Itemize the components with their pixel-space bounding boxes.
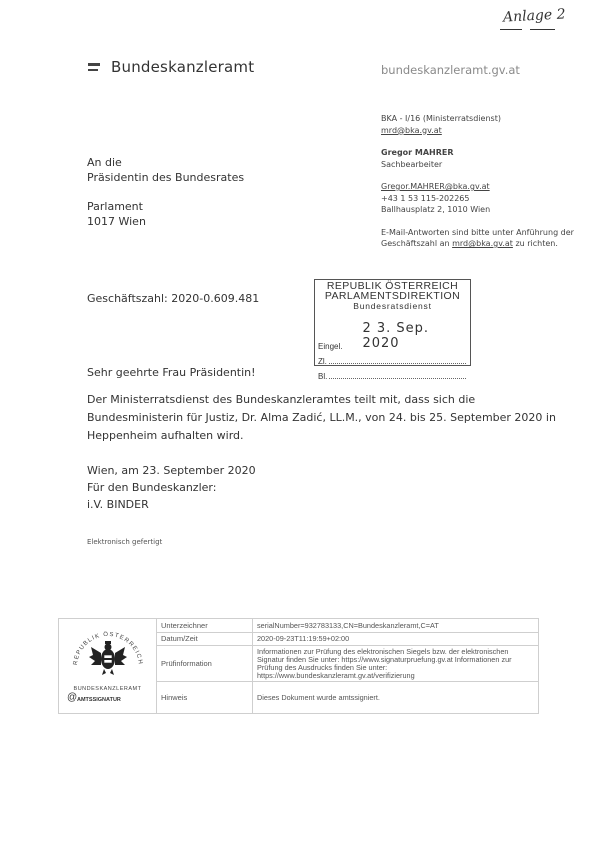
clerk-role: Sachbearbeiter <box>381 159 586 171</box>
row-value: Informationen zur Prüfung des elektronis… <box>253 646 538 681</box>
letter-body: Der Ministerratsdienst des Bundeskanzler… <box>87 391 557 445</box>
stamp-line: PARLAMENTSDIREKTION <box>315 291 470 301</box>
received-stamp: REPUBLIK ÖSTERREICH PARLAMENTSDIREKTION … <box>314 279 471 366</box>
address: Ballhausplatz 2, 1010 Wien <box>381 204 586 216</box>
recipient-line: Parlament <box>87 199 244 214</box>
signature-row: Prüfinformation Informationen zur Prüfun… <box>156 646 538 682</box>
department: BKA - I/16 (Ministerratsdienst) <box>381 113 586 125</box>
stamp-line: Bundesratsdienst <box>315 301 470 311</box>
row-value: serialNumber=932783133,CN=Bundeskanzlera… <box>253 619 538 632</box>
closing-block: Wien, am 23. September 2020 Für den Bund… <box>87 462 256 513</box>
reference-number: Geschäftszahl: 2020-0.609.481 <box>87 292 259 305</box>
letterhead-logo: Bundeskanzleramt <box>88 58 254 76</box>
row-value: 2020-09-23T11:19:59+02:00 <box>253 632 538 645</box>
clerk-email[interactable]: Gregor.MAHRER@bka.gv.at <box>381 181 586 193</box>
annex-label: Anlage 2 <box>503 6 566 25</box>
bka-flag-icon <box>88 62 101 72</box>
recipient-address: An die Präsidentin des Bundesrates Parla… <box>87 155 244 229</box>
signature-logo-cell: REPUBLIK ÖSTERREICH BUNDESKANZLERAMT @ A… <box>59 619 157 713</box>
logo-text: Bundeskanzleramt <box>111 58 254 76</box>
row-key: Prüfinformation <box>156 646 253 681</box>
annex-underline <box>530 29 555 30</box>
place-date: Wien, am 23. September 2020 <box>87 462 256 479</box>
on-behalf: Für den Bundeskanzler: <box>87 479 256 496</box>
reply-email-link[interactable]: mrd@bka.gv.at <box>452 239 513 248</box>
row-key: Datum/Zeit <box>156 632 253 645</box>
signature-row: Unterzeichner serialNumber=932783133,CN=… <box>156 619 538 633</box>
recipient-line: Präsidentin des Bundesrates <box>87 170 244 185</box>
row-key: Hinweis <box>156 682 253 713</box>
sender-block: BKA - I/16 (Ministerratsdienst) mrd@bka.… <box>381 113 586 250</box>
stamp-received-date: 2 3. Sep. 2020 <box>362 321 470 351</box>
austrian-eagle-icon: REPUBLIK ÖSTERREICH <box>69 623 147 681</box>
phone-number: +43 1 53 115-202265 <box>381 193 586 205</box>
signatory: i.V. BINDER <box>87 496 256 513</box>
recipient-line: 1017 Wien <box>87 214 244 229</box>
electronic-signature-note: Elektronisch gefertigt <box>87 538 162 546</box>
row-value: Dieses Dokument wurde amtssigniert. <box>253 682 538 713</box>
official-signature-table: REPUBLIK ÖSTERREICH BUNDESKANZLERAMT @ A… <box>58 618 539 714</box>
row-key: Unterzeichner <box>156 619 253 632</box>
amtssignatur-label: AMTSSIGNATUR <box>77 697 121 703</box>
signature-row: Datum/Zeit 2020-09-23T11:19:59+02:00 <box>156 632 538 646</box>
stamp-received-label: Eingel. <box>318 342 342 351</box>
annex-underline <box>500 29 522 30</box>
reply-note: E-Mail-Antworten sind bitte unter Anführ… <box>381 227 586 250</box>
at-sign-icon: @ <box>67 692 77 703</box>
stamp-zl-label: Zl. <box>318 357 327 366</box>
handwritten-annex-note: Anlage 2 <box>503 6 566 25</box>
stamp-bl-label: Bl. <box>318 372 327 381</box>
signature-row: Hinweis Dieses Dokument wurde amtssignie… <box>156 682 538 713</box>
salutation: Sehr geehrte Frau Präsidentin! <box>87 366 256 379</box>
recipient-line: An die <box>87 155 244 170</box>
clerk-name: Gregor MAHRER <box>381 147 586 159</box>
website-url: bundeskanzleramt.gv.at <box>381 63 520 77</box>
department-email[interactable]: mrd@bka.gv.at <box>381 125 586 137</box>
